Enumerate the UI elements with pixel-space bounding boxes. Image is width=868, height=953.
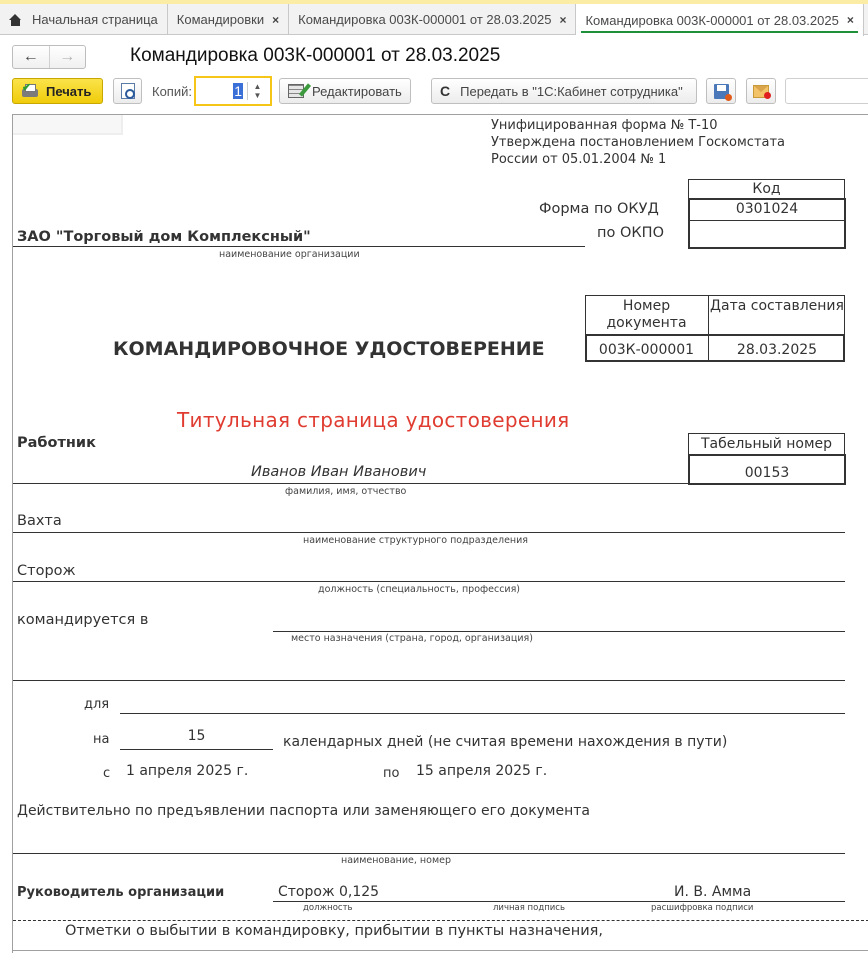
department-caption: наименование структурного подразделения (303, 535, 528, 546)
copies-stepper[interactable]: 1 ▲▼ (194, 76, 272, 106)
search-input[interactable] (785, 78, 868, 104)
tab-label: Командировка 003К-000001 от 28.03.2025 (585, 13, 838, 28)
tab-trips-list[interactable]: Командировки × (168, 4, 289, 35)
divider (273, 901, 845, 902)
doc-number: 003К-000001 (585, 342, 708, 358)
tab-label: Начальная страница (32, 12, 158, 27)
form-header-line: Унифицированная форма № Т-10 (491, 118, 718, 133)
edit-table-icon (288, 84, 304, 98)
close-icon[interactable]: × (559, 13, 566, 27)
send-to-employee-cabinet-button[interactable]: C Передать в "1С:Кабинет сотрудника" (431, 78, 697, 104)
okud-label: Форма по ОКУД (539, 201, 659, 217)
send-signed-email-button[interactable] (746, 78, 776, 104)
doc-date-header: Дата составления (709, 298, 845, 315)
tab-number: 00153 (688, 465, 846, 481)
divider (13, 483, 688, 484)
purpose-label: для (84, 697, 109, 712)
doc-date: 28.03.2025 (709, 342, 845, 358)
copies-value[interactable]: 1 (233, 83, 243, 99)
form-header-line: России от 05.01.2004 № 1 (491, 152, 666, 167)
print-button[interactable]: ✔ Печать (12, 78, 103, 104)
divider (13, 680, 845, 681)
envelope-seal-icon (753, 85, 769, 98)
preview-button[interactable] (113, 78, 142, 104)
id-caption: наименование, номер (341, 855, 451, 866)
divider (689, 220, 845, 221)
tab-home[interactable]: Начальная страница (0, 4, 168, 35)
copies-label: Копий: (152, 84, 192, 99)
marks-text: Отметки о выбытии в командировку, прибыт… (65, 923, 603, 939)
divider (273, 631, 845, 632)
employee-name: Иванов Иван Иванович (251, 464, 426, 480)
position-value: Сторож (17, 563, 76, 579)
cut-line (13, 920, 868, 921)
tab-number-header: Табельный номер (688, 436, 845, 452)
destination-caption: место назначения (страна, город, организ… (291, 633, 533, 644)
close-icon[interactable]: × (847, 13, 854, 27)
head-name: И. В. Амма (674, 884, 751, 900)
days-label: на (93, 732, 109, 747)
caption-signature: личная подпись (493, 903, 565, 913)
organization-caption: наименование организации (219, 249, 360, 260)
sent-to-label: командируется в (17, 612, 148, 628)
page-title: Командировка 003К-000001 от 28.03.2025 (130, 45, 500, 67)
to-label: по (383, 766, 399, 781)
preview-magnifier-icon (121, 83, 135, 99)
tab-bar: Начальная страница Командировки × Команд… (0, 4, 868, 35)
spin-arrows-icon[interactable]: ▲▼ (247, 82, 267, 100)
head-position: Сторож 0,125 (278, 884, 379, 900)
divider (13, 532, 845, 533)
days-value: 15 (120, 728, 273, 744)
save-signed-button[interactable] (706, 78, 736, 104)
home-icon (9, 14, 22, 26)
forward-arrow-icon[interactable]: → (50, 46, 86, 68)
okpo-label: по ОКПО (597, 225, 664, 241)
divider (13, 853, 845, 854)
from-label: с (103, 766, 110, 781)
back-arrow-icon[interactable]: ← (13, 46, 50, 68)
days-suffix: календарных дней (не считая времени нахо… (283, 734, 727, 750)
1c-logo-icon: C (440, 83, 450, 99)
tab-label: Командировка 003К-000001 от 28.03.2025 (298, 12, 551, 27)
annotation-note: Титульная страница удостоверения (177, 408, 569, 432)
sheet-corner (13, 115, 123, 135)
divider (120, 749, 273, 750)
divider (13, 581, 845, 582)
printed-form: Унифицированная форма № Т-10 Утверждена … (12, 114, 868, 953)
doc-number-header: Номер документа (585, 298, 708, 332)
employee-caption: фамилия, имя, отчество (285, 486, 406, 497)
send-label: Передать в "1С:Кабинет сотрудника" (460, 84, 683, 99)
code-header: Код (688, 181, 845, 197)
from-date: 1 апреля 2025 г. (126, 763, 248, 779)
edit-label: Редактировать (312, 84, 402, 99)
close-icon[interactable]: × (272, 13, 279, 27)
tab-trip-document[interactable]: Командировка 003К-000001 от 28.03.2025 × (289, 4, 576, 35)
head-label: Руководитель организации (17, 885, 224, 900)
tab-trip-print-active[interactable]: Командировка 003К-000001 от 28.03.2025 × (576, 4, 863, 36)
history-nav: ← → (12, 45, 86, 69)
form-header-line: Утверждена постановлением Госкомстата (491, 135, 785, 150)
organization-name: ЗАО "Торговый дом Комплексный" (17, 229, 311, 245)
okud-value: 0301024 (688, 201, 846, 217)
edit-button[interactable]: Редактировать (279, 78, 411, 104)
floppy-seal-icon (714, 84, 729, 99)
print-label: Печать (46, 84, 91, 99)
divider (120, 713, 845, 714)
document-title: КОМАНДИРОВОЧНОЕ УДОСТОВЕРЕНИЕ (113, 338, 545, 360)
department-value: Вахта (17, 513, 62, 529)
caption-position: должность (303, 903, 353, 913)
position-caption: должность (специальность, профессия) (318, 584, 520, 595)
caption-decoding: расшифровка подписи (651, 903, 753, 913)
toolbar: ✔ Печать Копий: 1 ▲▼ Редактировать C Пер… (0, 78, 868, 106)
to-date: 15 апреля 2025 г. (416, 763, 547, 779)
printer-icon: ✔ (21, 83, 39, 99)
employee-label: Работник (17, 435, 96, 451)
divider (13, 246, 585, 247)
valid-text: Действительно по предъявлении паспорта и… (17, 803, 590, 819)
tab-label: Командировки (177, 12, 264, 27)
